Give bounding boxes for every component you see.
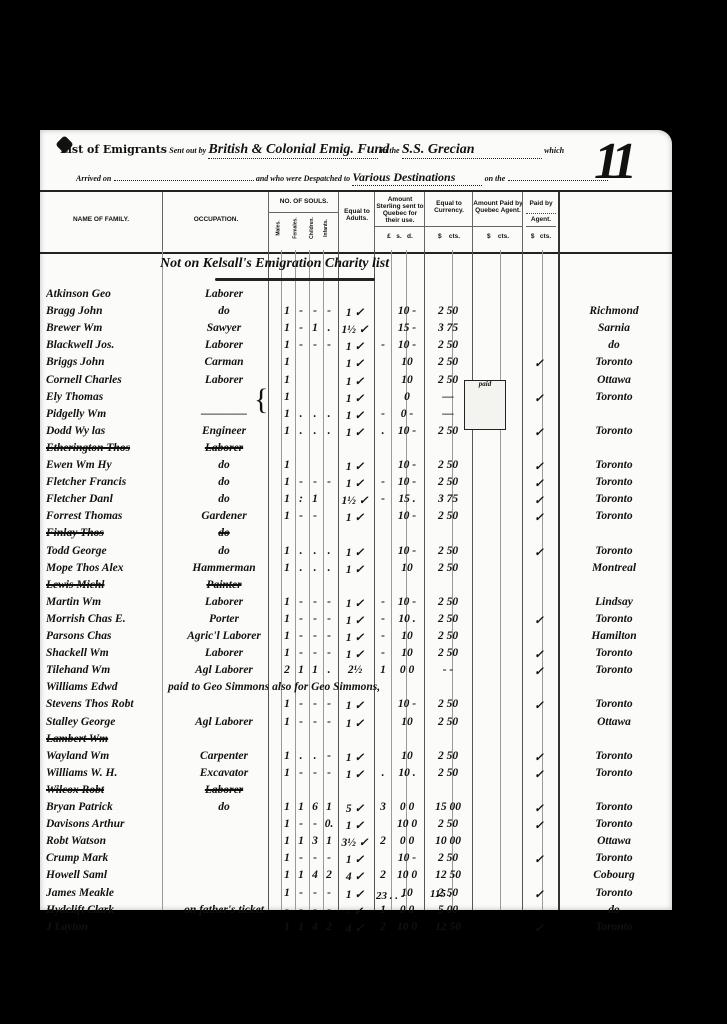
margin-note-box: paid xyxy=(464,380,506,430)
destination: Ottawa xyxy=(558,374,670,386)
infants-count: - xyxy=(322,852,336,864)
paid-checkmark: ✓ xyxy=(526,425,552,439)
header-line-1: List of Emigrants Sent out by British & … xyxy=(60,142,564,159)
females-count: - xyxy=(294,630,308,642)
occupation: do xyxy=(168,801,280,813)
equal-adults: 1 ✓ xyxy=(338,596,372,610)
destination: Toronto xyxy=(558,698,670,710)
destination: Toronto xyxy=(558,476,670,488)
table-row: Hydclift Clarkon father's ticket----- ✓1… xyxy=(40,904,672,921)
family-name: Hydclift Clark xyxy=(46,904,164,916)
sterling-shillings-pence: 10 - xyxy=(392,596,422,608)
destination: Toronto xyxy=(558,818,670,830)
children-count: - xyxy=(308,510,322,522)
paid-checkmark: ✓ xyxy=(526,750,552,764)
currency-amount: 2 50 xyxy=(424,476,472,488)
destination: Toronto xyxy=(558,921,670,933)
children-count: - xyxy=(308,630,322,642)
children-count: . xyxy=(308,408,322,420)
family-name: Crump Mark xyxy=(46,852,164,864)
sterling-shillings-pence: 10 xyxy=(392,562,422,574)
sterling-pounds: 1 xyxy=(374,904,392,916)
children-count: - xyxy=(308,767,322,779)
paid-checkmark: ✓ xyxy=(526,493,552,507)
children-count: 3 xyxy=(308,835,322,847)
equal-adults: 1½ ✓ xyxy=(338,322,372,336)
females-count: 1 xyxy=(294,835,308,847)
header-line-2: Arrived on and who were Despatched to Va… xyxy=(76,170,608,186)
paid-checkmark: ✓ xyxy=(526,545,552,559)
family-name: Stalley George xyxy=(46,716,164,728)
paid-by-sub-label: Agent. xyxy=(526,213,556,227)
children-count: 6 xyxy=(308,801,322,813)
sent-by-value: British & Colonial Emig. Fund xyxy=(208,142,378,159)
col-destination xyxy=(558,192,674,252)
family-name: Shackell Wm xyxy=(46,647,164,659)
family-name: Robt Watson xyxy=(46,835,164,847)
paid-checkmark: ✓ xyxy=(526,698,552,712)
equal-adults: 1 ✓ xyxy=(338,613,372,627)
destination: Toronto xyxy=(558,425,670,437)
page-number: 11 xyxy=(594,136,631,188)
occupation: Laborer xyxy=(168,288,280,300)
destination: Richmond xyxy=(558,305,670,317)
occupation: do xyxy=(168,493,280,505)
occupation: Laborer xyxy=(168,442,280,454)
table-row: Martin WmLaborer1---1 ✓-10 -2 50Lindsay xyxy=(40,596,672,613)
table-row: Tilehand WmAgl Laborer211.2½10 0- -✓Toro… xyxy=(40,664,672,681)
table-row: Fletcher Danldo1:11½ ✓-15 .3 75✓Toronto xyxy=(40,493,672,510)
table-row: Stevens Thos Robt1---1 ✓10 -2 50✓Toronto xyxy=(40,698,672,715)
sterling-pounds: - xyxy=(374,339,392,351)
family-name: Howell Saml xyxy=(46,869,164,881)
table-row: Dodd Wy lasEngineer1...1 ✓.10 -2 50✓Toro… xyxy=(40,425,672,442)
equal-adults: 1 ✓ xyxy=(338,459,372,473)
occupation: Agric'l Laborer xyxy=(168,630,280,642)
males-count: 1 xyxy=(280,459,294,471)
sterling-shillings-pence: 10 - xyxy=(392,305,422,317)
paid-checkmark: ✓ xyxy=(526,476,552,490)
currency-amount: 2 50 xyxy=(424,562,472,574)
destination: Ottawa xyxy=(558,716,670,728)
table-row: Bryan Patrickdo11615 ✓30 015 00✓Toronto xyxy=(40,801,672,818)
family-name: Dodd Wy las xyxy=(46,425,164,437)
table-row: Robt Watson11313½ ✓20 010 00Ottawa xyxy=(40,835,672,852)
table-row: Etherington ThosLaborer xyxy=(40,442,672,459)
sterling-group-label: Amount Sterling sent to Quebec for their… xyxy=(375,192,425,227)
infants-count: - xyxy=(322,647,336,659)
destination: Toronto xyxy=(558,391,670,403)
family-name: Forrest Thomas xyxy=(46,510,164,522)
currency-group-label: Equal to Currency. xyxy=(425,192,473,227)
col-paid-by: Paid by Agent. $ cts. xyxy=(522,192,559,252)
currency-amount: 2 50 xyxy=(424,818,472,830)
table-row: Ewen Wm Hydo11 ✓10 -2 50✓Toronto xyxy=(40,459,672,476)
on-the-label: on the xyxy=(485,174,506,183)
children-count: - xyxy=(308,698,322,710)
equal-adults: 1 ✓ xyxy=(338,716,372,730)
paid-checkmark: ✓ xyxy=(526,887,552,901)
infants-count: . xyxy=(322,425,336,437)
col-sterling: Amount Sterling sent to Quebec for their… xyxy=(374,192,425,252)
females-count: - xyxy=(294,647,308,659)
destination: Hamilton xyxy=(558,630,670,642)
sterling-pounds: - xyxy=(374,476,392,488)
list-title: List of Emigrants xyxy=(60,143,167,156)
total-sterling: 23 . . - xyxy=(376,890,404,902)
destination: Toronto xyxy=(558,801,670,813)
emigrant-list-page: List of Emigrants Sent out by British & … xyxy=(40,130,672,910)
row-remark: paid to Geo Simmons also for Geo Simmons… xyxy=(168,681,568,693)
males-count: 1 xyxy=(280,852,294,864)
currency-amount: 2 50 xyxy=(424,852,472,864)
currency-amount: 2 50 xyxy=(424,750,472,762)
family-name: Wayland Wm xyxy=(46,750,164,762)
destination: Sarnia xyxy=(558,322,670,334)
table-row: James Meakle1---1 ✓102 50✓Toronto xyxy=(40,887,672,904)
infants-count: . xyxy=(322,664,336,676)
table-row: Finlay Thosdo xyxy=(40,527,672,544)
sterling-shillings-pence: 10 xyxy=(392,356,422,368)
females-count: 1 xyxy=(294,664,308,676)
sterling-shillings-pence: 10 - xyxy=(392,339,422,351)
children-count: - xyxy=(308,596,322,608)
table-row: Morrish Chas E.Porter1---1 ✓-10 .2 50✓To… xyxy=(40,613,672,630)
bracket-mark: { xyxy=(254,385,268,415)
table-row: Cornell CharlesLaborer11 ✓102 50Ottawa xyxy=(40,374,672,391)
destination: Montreal xyxy=(558,562,670,574)
occupation: do xyxy=(168,527,280,539)
family-name: Lewis Michl xyxy=(46,579,164,591)
children-count: - xyxy=(308,887,322,899)
table-row: Briggs JohnCarman11 ✓102 50✓Toronto xyxy=(40,356,672,373)
females-count: . xyxy=(294,562,308,574)
equal-adults: 1 ✓ xyxy=(338,750,372,764)
family-name: Ewen Wm Hy xyxy=(46,459,164,471)
table-row: Parsons ChasAgric'l Laborer1---1 ✓-102 5… xyxy=(40,630,672,647)
paid-checkmark: ✓ xyxy=(526,510,552,524)
family-name: Davisons Arthur xyxy=(46,818,164,830)
sterling-units: £ s. d. xyxy=(375,227,425,240)
arrived-value xyxy=(114,180,254,181)
currency-amount: 2 50 xyxy=(424,630,472,642)
infants-count: - xyxy=(322,613,336,625)
equal-adults: 3½ ✓ xyxy=(338,835,372,849)
infants-count: 2 xyxy=(322,869,336,881)
currency-amount: 2 50 xyxy=(424,767,472,779)
sterling-shillings-pence: 10 0 xyxy=(392,818,422,830)
family-name: Martin Wm xyxy=(46,596,164,608)
currency-amount: 2 50 xyxy=(424,698,472,710)
equal-adults: 1 ✓ xyxy=(338,887,372,901)
occupation: Gardener xyxy=(168,510,280,522)
family-name: Fletcher Francis xyxy=(46,476,164,488)
children-count: - xyxy=(308,818,322,830)
infants-count: - xyxy=(322,887,336,899)
family-name: Etherington Thos xyxy=(46,442,164,454)
table-row: Forrest ThomasGardener1--1 ✓10 -2 50✓Tor… xyxy=(40,510,672,527)
children-count: - xyxy=(308,647,322,659)
column-header: NAME OF FAMILY. OCCUPATION. NO. OF SOULS… xyxy=(40,190,672,254)
destination: Lindsay xyxy=(558,596,670,608)
family-name: Wilcox Robt xyxy=(46,784,164,796)
family-name: Fletcher Danl xyxy=(46,493,164,505)
table-row: Bragg Johndo1---1 ✓10 -2 50Richmond xyxy=(40,305,672,322)
occupation: do xyxy=(168,476,280,488)
males-count: 1 xyxy=(280,493,294,505)
males-count: 1 xyxy=(280,921,294,933)
infants-count: - xyxy=(322,767,336,779)
males-count: 1 xyxy=(280,698,294,710)
destination: Toronto xyxy=(558,767,670,779)
total-currency: 115 . xyxy=(430,888,451,900)
equal-adults: 1 ✓ xyxy=(338,408,372,422)
occupation: do xyxy=(168,305,280,317)
currency-amount: 2 50 xyxy=(424,339,472,351)
children-count: 4 xyxy=(308,921,322,933)
family-name: Morrish Chas E. xyxy=(46,613,164,625)
equal-adults: 5 ✓ xyxy=(338,801,372,815)
equal-adults: 1 ✓ xyxy=(338,374,372,388)
males-count: 1 xyxy=(280,545,294,557)
males-count: 1 xyxy=(280,322,294,334)
table-row: Shackell WmLaborer1---1 ✓-102 50✓Toronto xyxy=(40,647,672,664)
children-count: 1 xyxy=(308,493,322,505)
males-count: 1 xyxy=(280,647,294,659)
children-count: 4 xyxy=(308,869,322,881)
destination: Toronto xyxy=(558,750,670,762)
females-count: - xyxy=(294,596,308,608)
children-count: - xyxy=(308,716,322,728)
males-count: 1 xyxy=(280,374,294,386)
family-name: Atkinson Geo xyxy=(46,288,164,300)
table-row: Williams Edwdpaid to Geo Simmons also fo… xyxy=(40,681,672,698)
equal-adults: 1 ✓ xyxy=(338,425,372,439)
paid-checkmark: ✓ xyxy=(526,356,552,370)
children-count: - xyxy=(308,613,322,625)
currency-amount: 3 75 xyxy=(424,493,472,505)
paid-checkmark: ✓ xyxy=(526,647,552,661)
sterling-shillings-pence: 10 0 xyxy=(392,869,422,881)
paid-checkmark: ✓ xyxy=(526,613,552,627)
dispatched-label: and who were Despatched to xyxy=(256,174,350,183)
table-row: Wilcox RobtLaborer xyxy=(40,784,672,801)
paid-checkmark: ✓ xyxy=(526,664,552,678)
occupation: Porter xyxy=(168,613,280,625)
males-count: 1 xyxy=(280,869,294,881)
which-label: which xyxy=(544,146,564,155)
occupation: Painter xyxy=(168,579,280,591)
infants-count: 2 xyxy=(322,921,336,933)
destination: do xyxy=(558,904,670,916)
females-count: 1 xyxy=(294,869,308,881)
equal-adults: 1 ✓ xyxy=(338,391,372,405)
occupation: Hammerman xyxy=(168,562,280,574)
females-count: . xyxy=(294,425,308,437)
infants-count: - xyxy=(322,596,336,608)
females-count: - xyxy=(294,818,308,830)
males-label: Males. xyxy=(276,220,282,235)
equal-adults: 1 ✓ xyxy=(338,476,372,490)
sterling-shillings-pence: 15 - xyxy=(392,322,422,334)
females-count: - xyxy=(294,613,308,625)
table-row: Crump Mark1---1 ✓10 -2 50✓Toronto xyxy=(40,852,672,869)
sterling-shillings-pence: 10 - xyxy=(392,425,422,437)
destination: Toronto xyxy=(558,459,670,471)
currency-amount: - - xyxy=(424,664,472,676)
males-count: 2 xyxy=(280,664,294,676)
equal-adults: 1 ✓ xyxy=(338,818,372,832)
family-name: Ely Thomas xyxy=(46,391,164,403)
males-count: 1 xyxy=(280,767,294,779)
table-row: Atkinson GeoLaborer xyxy=(40,288,672,305)
females-count: : xyxy=(294,493,308,505)
infants-count: . xyxy=(322,545,336,557)
occupation: Laborer xyxy=(168,596,280,608)
equal-adults: - ✓ xyxy=(338,904,372,918)
males-count: 1 xyxy=(280,887,294,899)
currency-amount: 5 00 xyxy=(424,904,472,916)
destination: Ottawa xyxy=(558,835,670,847)
paid-checkmark: ✓ xyxy=(526,801,552,815)
sterling-pounds: 3 xyxy=(374,801,392,813)
sterling-shillings-pence: 15 . xyxy=(392,493,422,505)
equal-adults: 1 ✓ xyxy=(338,698,372,712)
family-name: Stevens Thos Robt xyxy=(46,698,164,710)
children-count: 1 xyxy=(308,664,322,676)
occupation: do xyxy=(168,545,280,557)
in-the-label: in the xyxy=(381,146,400,155)
sterling-pounds: 2 xyxy=(374,869,392,881)
family-name: Mope Thos Alex xyxy=(46,562,164,574)
occupation: Agl Laborer xyxy=(168,716,280,728)
females-count: . xyxy=(294,408,308,420)
destination: Toronto xyxy=(558,510,670,522)
sterling-pounds: 1 xyxy=(374,664,392,676)
infants-count: 1 xyxy=(322,801,336,813)
family-name: Bragg John xyxy=(46,305,164,317)
sterling-pounds: - xyxy=(374,630,392,642)
on-the-value xyxy=(508,180,608,181)
sterling-shillings-pence: 10 - xyxy=(392,476,422,488)
sterling-shillings-pence: 10 xyxy=(392,716,422,728)
sterling-shillings-pence: 0 xyxy=(392,391,422,403)
males-count: - xyxy=(280,904,294,916)
males-count: 1 xyxy=(280,562,294,574)
destination: Toronto xyxy=(558,356,670,368)
currency-amount: 2 50 xyxy=(424,596,472,608)
females-count: - xyxy=(294,904,308,916)
equal-adults: 1 ✓ xyxy=(338,852,372,866)
sterling-pounds: - xyxy=(374,596,392,608)
quebec-agent-units: $ cts. xyxy=(473,227,523,240)
currency-amount: 2 50 xyxy=(424,459,472,471)
children-count: - xyxy=(308,852,322,864)
souls-group-label: NO. OF SOULS. xyxy=(269,192,339,213)
occupation: Carman xyxy=(168,356,280,368)
family-name: Williams W. H. xyxy=(46,767,164,779)
sterling-shillings-pence: 0 0 xyxy=(392,664,422,676)
males-count: 1 xyxy=(280,630,294,642)
equal-adults: 1 ✓ xyxy=(338,562,372,576)
infants-count: - xyxy=(322,630,336,642)
family-name: Williams Edwd xyxy=(46,681,164,693)
sterling-pounds: . xyxy=(374,767,392,779)
infants-count: - xyxy=(322,339,336,351)
family-name: Cornell Charles xyxy=(46,374,164,386)
quebec-agent-group-label: Amount Paid by Quebec Agent. xyxy=(473,192,523,227)
equal-adults: 1 ✓ xyxy=(338,545,372,559)
sterling-pounds: - xyxy=(374,613,392,625)
sterling-pounds: - xyxy=(374,647,392,659)
family-name: Briggs John xyxy=(46,356,164,368)
infants-count: 1 xyxy=(322,835,336,847)
females-count: - xyxy=(294,305,308,317)
currency-amount: 2 50 xyxy=(424,305,472,317)
females-count: - xyxy=(294,476,308,488)
occupation: Laborer xyxy=(168,784,280,796)
dispatched-value: Various Destinations xyxy=(352,170,482,186)
charity-list-banner: Not on Kelsall's Emigration Charity list xyxy=(160,256,389,272)
children-count: - xyxy=(308,305,322,317)
banner-underline xyxy=(215,278,375,281)
family-name: Blackwell Jos. xyxy=(46,339,164,351)
ship-value: S.S. Grecian xyxy=(402,142,542,159)
col-name: NAME OF FAMILY. xyxy=(40,192,162,276)
paid-checkmark: ✓ xyxy=(526,391,552,405)
females-count: . xyxy=(294,750,308,762)
males-count: 1 xyxy=(280,305,294,317)
sterling-shillings-pence: 10 xyxy=(392,374,422,386)
sterling-pounds: 2 xyxy=(374,921,392,933)
family-name: J Layton xyxy=(46,921,164,933)
currency-amount: 2 50 xyxy=(424,510,472,522)
males-count: 1 xyxy=(280,425,294,437)
sterling-pounds: . xyxy=(374,425,392,437)
equal-adults: 1½ ✓ xyxy=(338,493,372,507)
equal-adults: 2½ xyxy=(338,664,372,676)
family-name: Parsons Chas xyxy=(46,630,164,642)
males-count: 1 xyxy=(280,750,294,762)
paid-checkmark: ✓ xyxy=(526,818,552,832)
destination: Toronto xyxy=(558,647,670,659)
occupation: Laborer xyxy=(168,647,280,659)
males-count: 1 xyxy=(280,818,294,830)
sterling-shillings-pence: 0 0 xyxy=(392,904,422,916)
destination: Toronto xyxy=(558,664,670,676)
males-count: 1 xyxy=(280,801,294,813)
paid-by-label: Paid by xyxy=(523,192,559,207)
equal-adults: 1 ✓ xyxy=(338,767,372,781)
infants-count: - xyxy=(322,305,336,317)
table-row: Wayland WmCarpenter1..-1 ✓102 50✓Toronto xyxy=(40,750,672,767)
sterling-shillings-pence: 10 - xyxy=(392,698,422,710)
children-count: 1 xyxy=(308,322,322,334)
currency-amount: 2 50 xyxy=(424,647,472,659)
females-label: Females. xyxy=(293,217,299,238)
table-row: J Layton11424 ✓210 012 50✓Toronto xyxy=(40,921,672,938)
sterling-shillings-pence: 10 xyxy=(392,750,422,762)
family-name: Pidgelly Wm xyxy=(46,408,164,420)
males-count: 1 xyxy=(280,408,294,420)
family-name: Finlay Thos xyxy=(46,527,164,539)
children-count: . xyxy=(308,545,322,557)
males-count: 1 xyxy=(280,339,294,351)
sent-by-label: Sent out by xyxy=(169,146,206,155)
males-count: 1 xyxy=(280,476,294,488)
females-count: - xyxy=(294,339,308,351)
sterling-shillings-pence: 10 xyxy=(392,647,422,659)
